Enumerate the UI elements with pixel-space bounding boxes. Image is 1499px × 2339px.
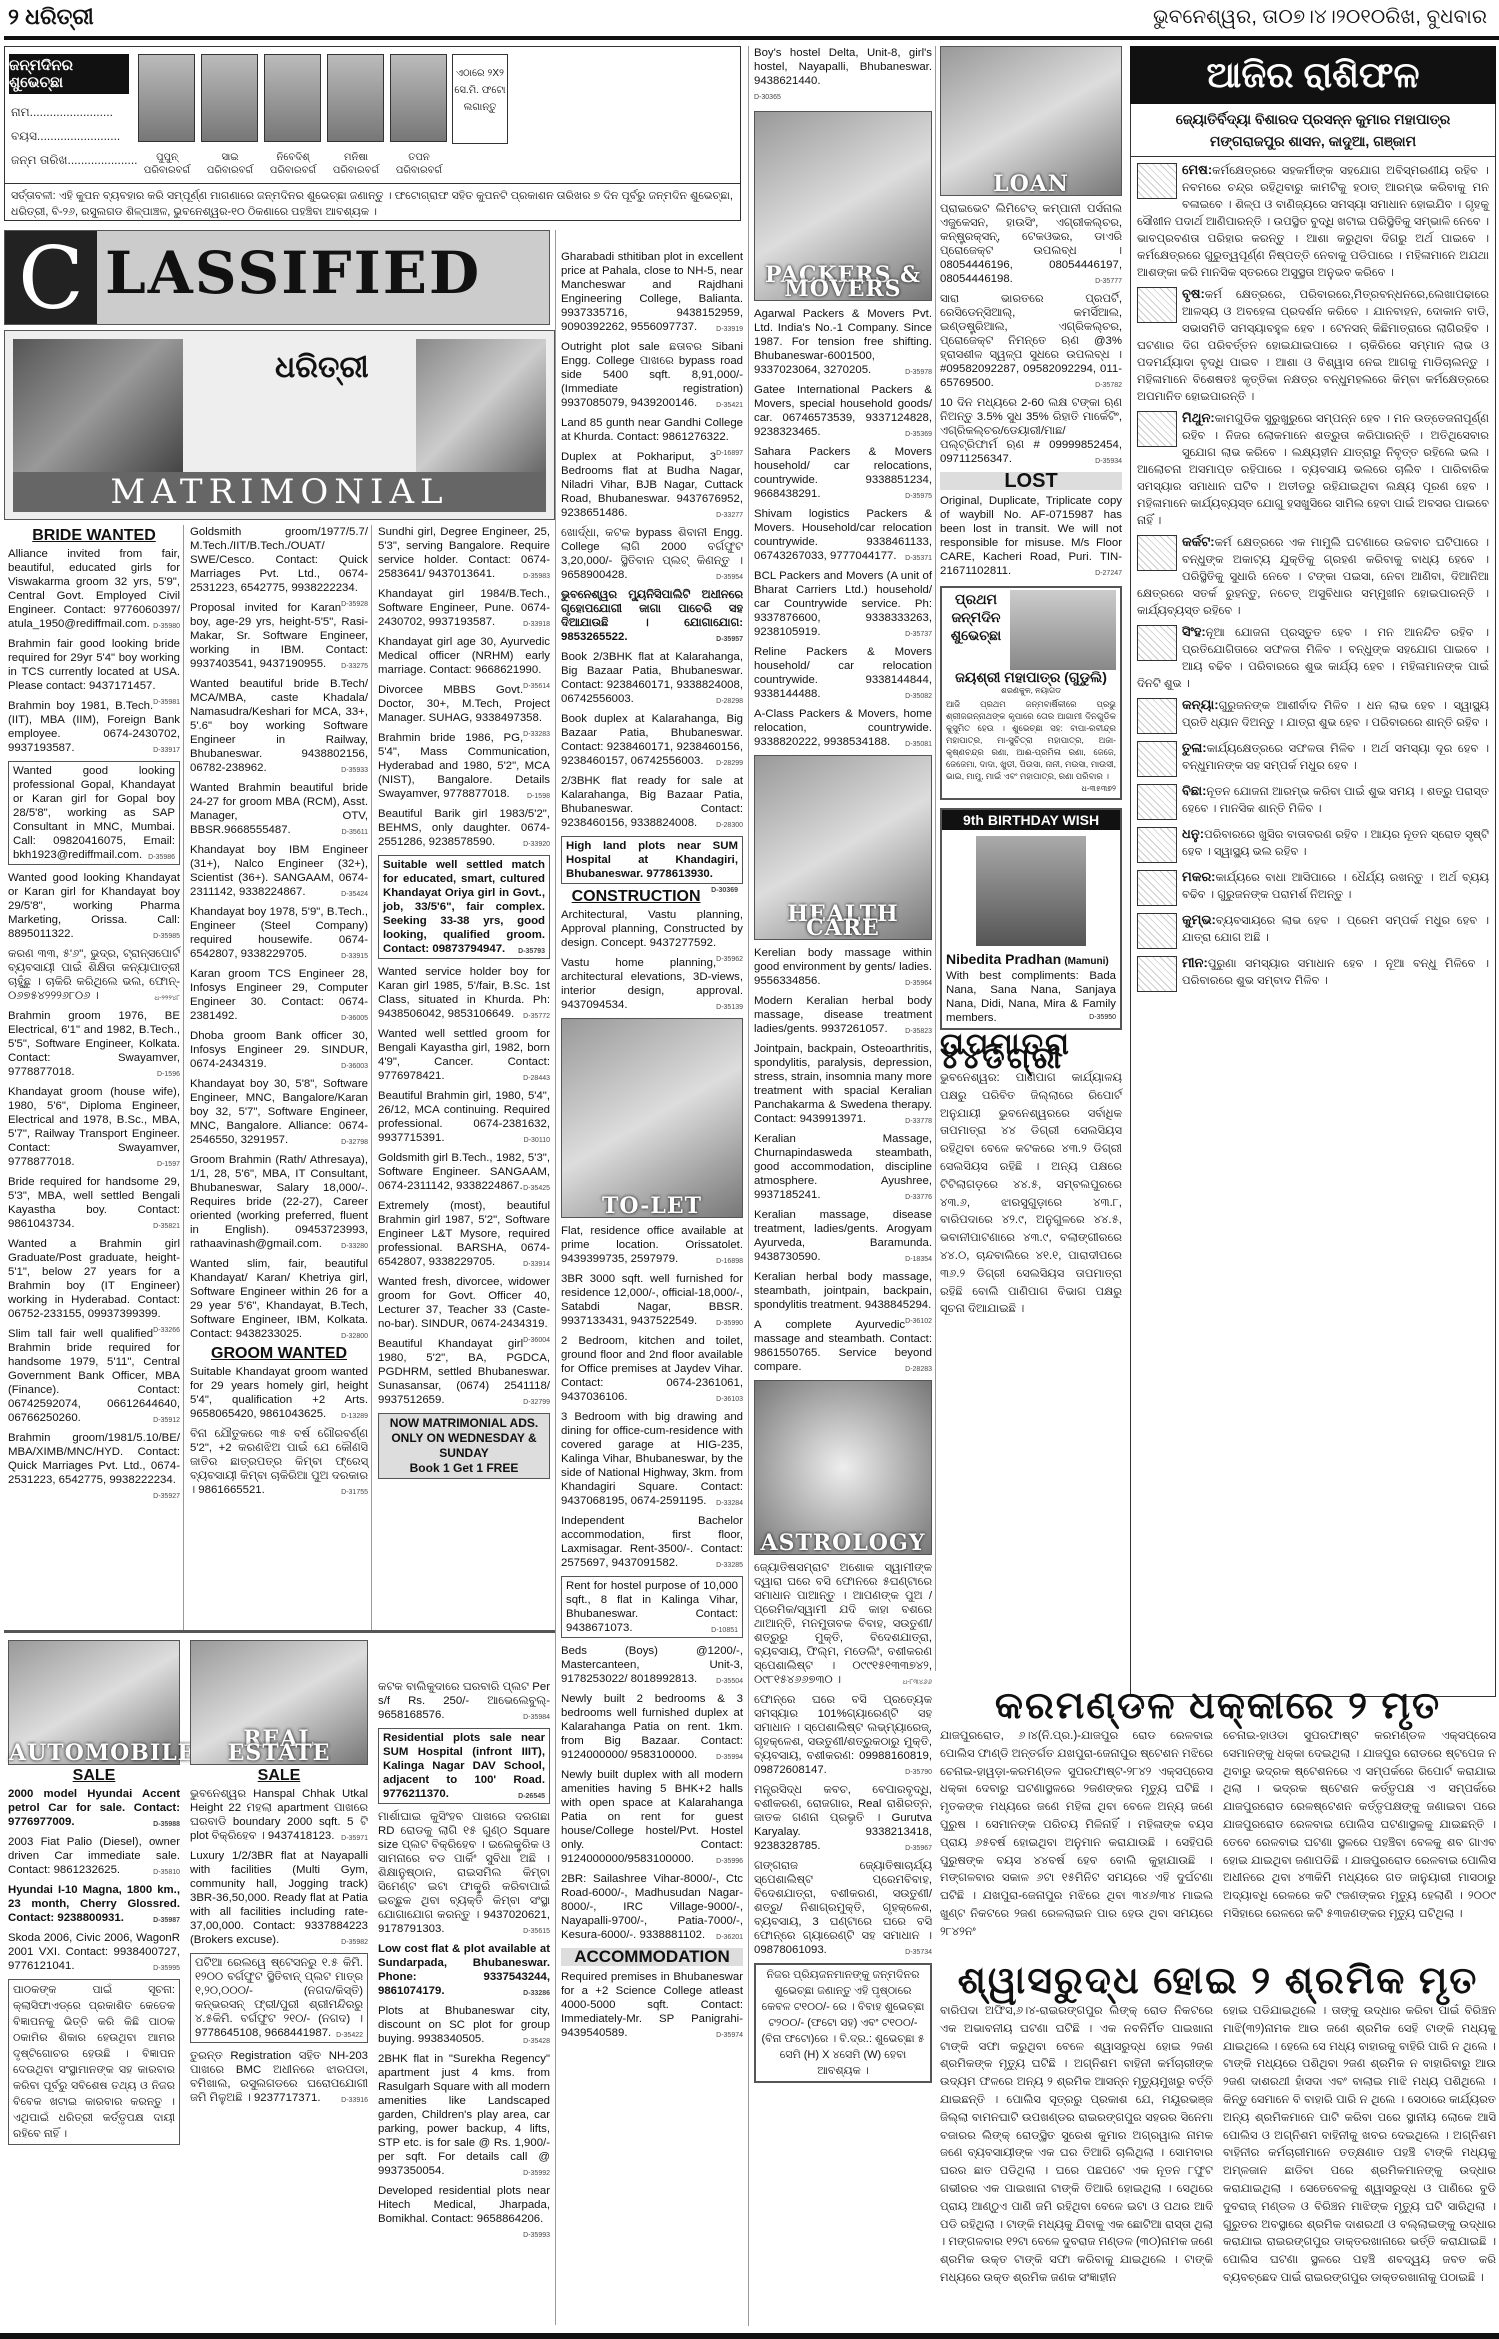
zodiac-icon [1137,827,1177,863]
horoscope-sign: ବୃଷ:କର୍ମ କ୍ଷେତ୍ରରେ, ପରିବାରରେ,ମିତ୍ରବନ୍ଧନର… [1137,285,1489,406]
classified-ad: Plots at Bhubaneswar city, discount on S… [378,2004,550,2046]
horoscope-sign: ଧନୁ:ପରିବାରରେ ଖୁସିର ବାତାବରଣ ରହିବ । ଆୟର ନୂ… [1137,825,1489,865]
classified-ad: ସାରା ଭାରତରେ ପ୍ରପର୍ଟି, ରେସିଡେନ୍ସିଆଲ୍, କମର… [940,292,1122,390]
promo-text: NOW MATRIMONIAL ADS. ONLY ON WEDNESDAY &… [383,1416,545,1461]
column-rule [371,525,372,1630]
ad-code: D-35912 [153,1414,180,1428]
classified-ad: Brahmin fair good looking bride required… [8,637,180,693]
section-heading: ACCOMMODATION [561,1948,743,1966]
ad-code: D-35504 [716,1675,743,1689]
zodiac-icon [1137,913,1177,949]
ad-code: D-10851 [711,1624,738,1638]
ad-code: D-35957 [716,633,743,647]
ad-code: D-28298 [716,695,743,709]
loan-image: LOAN [940,46,1122,196]
classified-ad: ତୁରନ୍ତ Registration ସହିତ NH-203 ପାଖରେ BM… [190,2049,368,2105]
ad-code: D-35139 [716,1001,743,1015]
classified-ad: Agarwal Packers & Movers Pvt. Ltd. India… [754,307,932,377]
ad-code: D-35995 [153,1962,180,1976]
astrology-image: ASTROLOGY [754,1380,932,1555]
column-rule [183,525,184,1630]
ad-code: ଧ-୩୫୩୭୨ [946,782,1116,796]
section-heading: BRIDE WANTED [8,529,180,543]
zodiac-icon [1137,411,1177,447]
classified-ad: Wanted good looking Khandayat or Karan g… [8,871,180,941]
ad-code: D-33280 [341,1240,368,1254]
classified-ad: Khandayat groom (house wife), 1980, 5'6"… [8,1085,180,1169]
classified-ad: କଟକ ବାଲିକୁଦାରେ ଘରବାରି ପ୍ଲଟ Per s/f Rs. 2… [378,1680,550,1722]
ad-code: D-35978 [905,366,932,380]
ad-code: D-35933 [341,764,368,778]
classified-ad: Book 2/3BHK flat at Kalarahanga, Big Baz… [561,650,743,706]
ad-code: D-35777 [1095,275,1122,289]
ad-code: D-35790 [905,1766,932,1780]
child-photo [264,54,321,142]
horoscope-sign: ମେଷ:କର୍ମକ୍ଷେତ୍ରରେ ସହକର୍ମୀଙ୍କ ସହଯୋଗ ଅବିସ୍… [1137,161,1489,282]
classified-ad: Keralian massage, disease treatment, lad… [754,1208,932,1264]
ad-code: D-33915 [341,950,368,964]
classified-ad: ଭୁବନେଶ୍ୱର ମ୍ୟୁନିସିପାଲିଟି ଅଧୀନରେ ଗୃହୋପଯୋଗ… [561,588,743,644]
classified-ad: Newly built duplex with all modern ameni… [561,1768,743,1866]
classified-ad: Architectural, Vastu planning, Approval … [561,908,743,950]
zodiac-icon [1137,287,1177,323]
ad-code: D-33916 [341,2094,368,2108]
classified-ad: Extremely (most), beautiful Brahmin girl… [378,1199,550,1269]
horoscope-sign: ତୁଳା:କାର୍ଯ୍ୟକ୍ଷେତ୍ରରେ ସଫଳତା ମିଳିବ । ଅର୍ଥ… [1137,739,1489,779]
classified-ad: Independent Bachelor accommodation, firs… [561,1514,743,1570]
ad-code: D-32800 [341,1330,368,1344]
bride-photo [416,339,546,472]
ad-code: D-35823 [905,1025,932,1039]
classified-ad: 3BR 3000 sqft. well furnished for reside… [561,1272,743,1328]
ad-code: D-35782 [1095,379,1122,393]
ad-code: D-35081 [905,738,932,752]
classified-banner: C LASSIFIED [4,230,550,325]
ad-code: D-35954 [716,571,743,585]
classified-ad: Skoda 2006, Civic 2006, WagonR 2001 VXI.… [8,1931,180,1973]
first-birthday-ad: ପ୍ରଥମ ଜନ୍ମଦିନ ଶୁଭେଚ୍ଛା ଜୟଶ୍ରୀ ମହାପାତ୍ର (… [940,586,1122,800]
horoscope-sign: ମିଥୁନ:କାମଗୁଡିକ ସୁରୁଖୁରୁରେ ସମ୍ପନ୍ନ ହେବ । … [1137,409,1489,530]
ad-code: D-30110 [524,1134,550,1148]
packers-movers-image: PACKERS & MOVERS [754,111,932,301]
news-body: ଯାଜପୁରରୋଡ, ୬।୪(ନି.ପ୍ର.)-ଯାଜପୁର ରୋଡ ରେଳବା… [940,1728,1213,1942]
classified-ad: Wanted fresh, divorcee, widower groom fo… [378,1275,550,1331]
classified-ad: Brahmin groom 1976, BE Electrical, 6'1" … [8,1009,180,1079]
ad-code: D-31755 [341,1486,368,1500]
ad-code: D-36005 [341,1012,368,1026]
dob-field: ଜନ୍ମ ତାରିଖ..................... [11,153,138,168]
classified-ad: Wanted Brahmin beautiful bride 24-27 for… [190,781,368,837]
classified-ad: Beds (Boys) @1200/-, Mastercanteen, Unit… [561,1644,743,1686]
ad-code: D-35424 [341,888,368,902]
classified-ad: BCL Packers and Movers (A unit of Bharat… [754,569,932,639]
ad-code: D-33914 [523,1258,550,1272]
classified-ad: Suitable well settled match for educated… [378,855,550,959]
ad-code: D-35993 [523,2229,550,2243]
ad-code: D-35982 [341,1936,368,1950]
classified-ad: Kerelian body massage within good enviro… [754,946,932,988]
classified-ad: ମନ୍ତ୍ରସିଦ୍ଧ କବଚ, ବେପାରବୃଦ୍ଧି, ବଶୀକରଣ, ରୋ… [754,1783,932,1853]
classified-ad: ଫୋନ୍‌ରେ ଘରେ ବସି ପ୍ରତ୍ୟେକ ସମସ୍ୟାର 101%ଗ୍ୟ… [754,1693,932,1777]
ad-code: D-35975 [905,490,932,504]
horoscope-sign: କନ୍ୟା:ଗୁରୁଜନଙ୍କ ଆଶୀର୍ବାଦ ମିଳିବ । ଧନ ଲାଭ … [1137,696,1489,736]
classified-ad: Original, Duplicate, Triplicate copy of … [940,494,1122,578]
classified-ad: Flat, residence office available at prim… [561,1224,743,1266]
classified-ad: ପ୍ରାଇଭେଟ ଲିମିଟେଡ୍ କମ୍ପାନୀ ପର୍ସନାଲ ଏଜୁକେସ… [940,202,1122,286]
to-let-image: TO-LET [561,1018,743,1218]
baby-photo [1010,590,1116,670]
news-body: ଚେନାଇ-ହାଓଡା ସୁପରଫାଷ୍ଟ କରମଣ୍ଡଳ ଏକ୍ସପ୍ରେସ … [1223,1728,1496,1942]
zodiac-icon [1137,698,1177,734]
classified-ad: ଜ୍ୟୋତିଷସମ୍ରାଟ ଅଶୋକ ସ୍ୱାମୀଙ୍କ ଦ୍ୱାରା ଘରେ … [754,1561,932,1687]
ad-code: D-35996 [716,1855,743,1869]
ad-code: D-35980 [153,620,180,634]
classified-ad: Jointpain, backpain, Osteoarthritis, spo… [754,1042,932,1126]
dateline: ଭୁବନେଶ୍ୱର, ତା୦୭।୪।୨୦୧୦ରିଖ, ବୁଧବାର [1153,6,1487,29]
classified-ad: Shivam logistics Packers & Movers. House… [754,507,932,563]
classified-ad: Alliance invited from fair, beautiful, e… [8,547,180,631]
news-body: ବାରିପଦା ଅଫିସ,୬।୪-ରାଇରଙ୍ଗପୁର ଲିଙ୍କ୍ ରୋଡ ନ… [940,2003,1213,2288]
classified-ad: Modern Keralian herbal body massage, dis… [754,994,932,1036]
bride-wanted-column: BRIDE WANTED Alliance invited from fair,… [8,525,180,1504]
classified-ad: 2BHK flat in "Surekha Regency" apartment… [378,2052,550,2178]
zodiac-icon [1137,870,1177,906]
classified-ad: Keralian Massage, Churnapindasweda steam… [754,1132,932,1202]
ad-code: D-35971 [341,1832,368,1846]
matrimonial-title: MATRIMONIAL [13,472,546,512]
dharitri-logo: ଧରିତ୍ରୀ [275,351,369,385]
baby-name: ଜୟଶ୍ରୀ ମହାପାତ୍ର (ଗୁଡୁଲି) [946,670,1116,684]
ad-code: D-18354 [905,1253,932,1267]
ad-code: D-35611 [342,826,368,840]
place: ଶରଣକୁଳ, ନୟାଗଡ [946,684,1116,698]
child-photo [201,54,258,142]
horoscope-sign: ସିଂହ:ନୂଆ ଯୋଜନା ପ୍ରସ୍ତୁତ ହେବ । ମନ ଆନନ୍ଦିତ… [1137,623,1489,693]
classified-ad: Wanted a Brahmin girl Graduate/Post grad… [8,1237,180,1321]
ad-code: D-36003 [341,1060,368,1074]
ad-code: D-35987 [153,1914,180,1928]
classified-ad: Suitable Khandayat groom wanted for 29 y… [190,1365,368,1421]
ad-code: D-28443 [523,1072,550,1086]
ad-code: D-36102 [905,1315,932,1329]
horoscope-body: ମେଷ:କର୍ମକ୍ଷେତ୍ରରେ ସହକର୍ମୀଙ୍କ ସହଯୋଗ ଅବିସ୍… [1130,157,1496,1697]
section-rule [4,1630,555,1633]
promo-offer: Book 1 Get 1 FREE [383,1461,545,1476]
classified-ad: Wanted service holder boy for Karan girl… [378,965,550,1021]
classified-ad: Khandayat girl age 30, Ayurvedic Medical… [378,635,550,677]
column-rule [935,46,936,1671]
zodiac-icon [1137,625,1177,661]
matrimonial-column-2: Goldsmith groom/1977/5.7/ M.Tech./IIT/B.… [190,525,368,1503]
automobile-column: AUTOMOBILE SALE 2000 model Hyundai Accen… [8,1640,180,2145]
ad-code: D-35988 [153,1818,180,1832]
real-estate-image: REAL ESTATE [190,1640,368,1765]
birthday-coupon: ଜନ୍ମଦିନର ଶୁଭେଚ୍ଛା ନାମ...................… [4,46,741,221]
coupon-title: ଜନ୍ମଦିନର ଶୁଭେଚ୍ଛା [9,54,129,94]
ad-code: D-36201 [716,1931,743,1945]
classified-ad: କରଣ ୩୩, ୫'୬", ଭୁଦ୍ର, ଟ୍ରାନ୍ସପୋର୍ଟ ବ୍ୟବସା… [8,947,180,1003]
coupon-terms: ସର୍ତ୍ତାବଳୀ: ଏହି କୁପନ ବ୍ୟବହାର କରି ସମ୍ପୂର୍… [5,183,740,224]
ad-code: D-16897 [716,447,743,461]
classified-ad: A-Class Packers & Movers, home relocatio… [754,707,932,749]
classified-ad: ଖୋର୍ଦ୍ଧା, କଟକ bypass ଶିବାନୀ Engg. Colleg… [561,526,743,582]
ad-code: D-35927 [153,1490,180,1504]
ad-code: D-35981 [153,696,180,710]
ad-code: D-35614 [523,680,550,694]
classified-ad: Duplex at Pokhariput, 3 Bedrooms flat at… [561,450,743,520]
child-photo [138,54,195,142]
classified-ad: Hyundai I-10 Magna, 1800 km., 23 month, … [8,1883,180,1925]
classified-ad: Beautiful Brahmin girl, 1980, 5'4", 26/1… [378,1089,550,1145]
classified-initial: C [5,231,97,325]
zodiac-icon [1137,956,1177,992]
birthday-rates-box: ନିଜର ପ୍ରିୟଜନମାନଙ୍କୁ ଜନ୍ମଦିନର ଶୁଭେଚ୍ଛା ଜଣ… [754,1963,932,2083]
ad-code: D-35986 [148,851,175,865]
ad-code: D-33283 [523,728,550,742]
classified-ad: ମାର୍ଶାଘାଇ କୁସିଂହବ ପାଖରେ ଦରଗଛା RD ରୋଡକୁ ଲ… [378,1810,550,1936]
classified-ad: Residential plots sale near SUM Hospital… [378,1728,550,1804]
classified-ad: 2 Bedroom, kitchen and toilet, ground fl… [561,1334,743,1404]
column-rule [555,230,556,2325]
ad-code: ଧ-୮୩୪୬୬ [902,1676,932,1690]
ad-code: D-33920 [523,838,550,852]
ad-code: D-35428 [523,2035,550,2049]
child-photo [327,54,384,142]
classified-ad: Required premises in Bhubaneswar for a +… [561,1970,743,2040]
zodiac-icon [1137,784,1177,820]
page-number-masthead: ୨ ଧରିତ୍ରୀ [8,4,94,30]
classified-ad: Sahara Packers & Movers household/ car r… [754,445,932,501]
classified-ad: ପଟିଆ ରେଲୱେ ଷ୍ଟେସନରୁ ୧.୫ କିମି. ୧୨୦୦ ବର୍ଗଫ… [190,1953,368,2043]
section-heading: SALE [8,1769,180,1783]
classified-ad: 2003 Fiat Palio (Diesel), owner driven C… [8,1835,180,1877]
classified-ad: Developed residential plots near Hitech … [378,2184,550,2226]
classified-ad: Dhoba groom Bank officer 30, Infosys Eng… [190,1029,368,1071]
classified-ad: Rent for hostel purpose of 10,000 sqft.,… [561,1576,743,1638]
classified-ad: 3 Bedroom with big drawing and dining fo… [561,1410,743,1508]
ad-code: D-33285 [716,1559,743,1573]
horoscope-sign: କୁମ୍ଭ:ବ୍ୟବସାୟରେ ଲାଭ ହେବ । ପ୍ରେମ ସମ୍ପର୍କ … [1137,911,1489,951]
ad-code: D-1597 [157,1158,180,1172]
ad-code: D-35421 [716,399,743,413]
classified-ad: Wanted slim, fair, beautiful Khandayat/ … [190,1257,368,1341]
horoscope-sign: କର୍କଟ:କର୍ମ କ୍ଷେତ୍ରରେ ଏକ ମାମୁଲି ଘଟଣାରେ ଉଚ… [1137,533,1489,620]
section-heading: SALE [190,1769,368,1783]
ad-code: D-35821 [153,1220,180,1234]
wish-message: ଆଜି ପ୍ରଥମ ଜନ୍ମବାର୍ଷିକୀରେ ପ୍ରଭୁ ଶ୍ରୀଜଗନ୍ନ… [946,698,1116,782]
matrimonial-banner: ଧରିତ୍ରୀ MATRIMONIAL [4,330,555,520]
news-headline: ଶ୍ୱାସରୁଦ୍ଧ ହୋଇ ୨ ଶ୍ରମିକ ମୃତ [940,1960,1496,2003]
classified-ad: Khandayat boy 1978, 5'9", B.Tech., Engin… [190,905,368,961]
ad-code: D-35737 [905,628,932,642]
classified-ad: Wanted good looking professional Gopal, … [8,761,180,865]
ad-code: D-13289 [341,1410,368,1424]
services-column: Boy's hostel Delta, Unit-8, girl's hoste… [754,46,932,2083]
ad-code: D-1598 [527,790,550,804]
child-name: Nibedita Pradhan [946,951,1061,967]
classified-ad: Land 85 gunth near Gandhi College at Khu… [561,416,743,444]
ad-code: D-28283 [905,1363,932,1377]
ad-code: D-28299 [716,757,743,771]
ad-code: D-33917 [153,744,180,758]
astrologer-credit: ଜ୍ୟୋତିର୍ବିଦ୍ୟା ବିଶାରଦ ପ୍ରସନ୍ନ କୁମାର ମହାପ… [1130,104,1496,157]
ad-code: D-1596 [157,1068,180,1082]
classified-ad: Keralian herbal body massage, steambath,… [754,1270,932,1312]
horoscope-sign: ମକର:କାର୍ଯ୍ୟରେ ବାଧା ଆସିପାରେ । ଧୈର୍ଯ୍ୟ ରଖନ… [1137,868,1489,908]
first-birthday-title: ପ୍ରଥମ ଜନ୍ମଦିନ ଶୁଭେଚ୍ଛା [946,590,1006,670]
age-field: ବୟସ......................... [11,129,120,144]
classified-ad: Outright plot sale ଛତାବର Sibani Engg. Co… [561,340,743,410]
ad-code: D-35967 [905,1842,932,1856]
ad-code: D-30369 [711,884,738,898]
ad-code: D-32798 [341,1136,368,1150]
zodiac-icon [1137,535,1177,571]
classified-ad: Brahmin groom/1981/5.10/BE/ MBA/XIMB/MNC… [8,1431,180,1487]
name-field: ନାମ......................... [11,105,113,120]
ad-code: D-35425 [523,1182,550,1196]
section-heading: GROOM WANTED [190,1347,368,1361]
classified-ad: ବିନା ଯୌତୁକରେ ୩୫ ବର୍ଷ ଗୌରବର୍ଣ୍ଣ 5'2", +2 … [190,1427,368,1497]
ad-code: ଧ-୨୨୨୪୮ [154,992,180,1006]
ad-code: D-26545 [518,1790,545,1804]
ad-code: D-35734 [905,1946,932,1960]
classified-ad: 2/3BHK flat ready for sale at Kalarahang… [561,774,743,830]
ad-code: D-35615 [523,1925,550,1939]
ad-code: D-35985 [153,930,180,944]
classified-ad: Beautiful Barik girl 1983/5'2", BEHMS, o… [378,807,550,849]
child-photo [390,54,447,142]
real-estate-column-2: କଟକ ବାଲିକୁଦାରେ ଘରବାରି ପ୍ଲଟ Per s/f Rs. 2… [378,1680,550,2243]
classified-ad: Gatee International Packers & Movers, sp… [754,383,932,439]
footer-rule [0,2333,1499,2339]
ad-code: D-33919 [716,323,743,337]
ad-code: D-35983 [523,570,550,584]
nickname: (Mamuni) [1064,956,1108,967]
ad-code: D-28300 [716,819,743,833]
zodiac-icon [1137,741,1177,777]
news-story-1: କରମଣ୍ଡଳ ଧକ୍କାରେ ୨ ମୃତ ଯାଜପୁରରୋଡ, ୬।୪(ନି.… [940,1685,1496,1942]
classified-ad: Goldsmith girl B.Tech., 1982, 5'3", Soft… [378,1151,550,1193]
temperature-story: ଭୁବନେଶ୍ୱର: ପାଣିପାଗ କାର୍ଯ୍ୟାଳୟ ପକ୍ଷରୁ ପରି… [940,1070,1122,1319]
ad-code: D-36004 [523,1334,550,1348]
classified-ad: Goldsmith groom/1977/5.7/ M.Tech./IIT/B.… [190,525,368,595]
ad-code: D-35793 [518,945,545,959]
temperature-headline: ତାପମାତ୍ରା ୪୪ଡିଗ୍ରୀ [940,1038,1122,1066]
ad-code: D-35974 [716,2029,743,2043]
horoscope-sign: ମୀନ:ପୁରୁଣା ସମସ୍ୟାର ସମାଧାନ ହେବ । ନୂଆ ବନ୍ଧ… [1137,954,1489,994]
classified-ad: Newly built 2 bedrooms & 3 bedrooms well… [561,1692,743,1762]
classified-ad: Slim tall fair well qualified Brahmin br… [8,1327,180,1425]
classified-ad: Sundhi girl, Degree Engineer, 25, 5'3", … [378,525,550,581]
health-care-image: HEALTH CARE [754,755,932,940]
horoscope-section: ଆଜିର ରାଶିଫଳ ଜ୍ୟୋତିର୍ବିଦ୍ୟା ବିଶାରଦ ପ୍ରସନ୍… [1130,46,1496,1686]
child-photo [976,836,1086,946]
ad-code: D-32799 [523,1396,550,1410]
ad-code: D-36103 [716,1393,743,1407]
classified-title: LASSIFIED [105,239,481,307]
ad-code: D-35082 [905,690,932,704]
ninth-birthday-title: 9th BIRTHDAY WISH [942,810,1120,830]
classified-ad: 10 ଦିନ ମଧ୍ୟରେ 2-60 ଲକ୍ଷ ଟଙ୍କା ଋଣ ନିଅନ୍ତୁ… [940,396,1122,466]
ad-code: D-35928 [341,598,368,612]
reader-notice: ପାଠକଙ୍କ ପାଇଁ ସୂଚନା: କ୍ଲାସିଫାଏଡ୍‌ରେ ପ୍ରକା… [8,1979,180,2145]
horoscope-title: ଆଜିର ରାଶିଫଳ [1130,46,1496,104]
ad-code: D-33277 [716,509,743,523]
ad-code: D-35810 [153,1866,180,1880]
classified-ad: High land plots near SUM Hospital at Kha… [561,836,743,884]
photo-placeholder: ଏଠାରେ ୨X୨ ସେ.ମି. ଫଟୋ ଲଗାନ୍ତୁ [452,54,508,144]
ad-code: D-35984 [523,1711,550,1725]
classified-ad: ଭୁବନେଶ୍ୱର Hanspal Chhak Utkal Height 22 … [190,1787,368,1843]
classified-ad: Vastu home planning, architectural eleva… [561,956,743,1012]
loan-lost-column: LOAN ପ୍ରାଇଭେଟ ଲିମିଟେଡ୍ କମ୍ପାନୀ ପର୍ସନାଲ ଏ… [940,46,1122,1319]
ad-code: D-35990 [716,1317,743,1331]
classified-ad: Wanted well settled groom for Bengali Ka… [378,1027,550,1083]
matrimonial-column-3: Sundhi girl, Degree Engineer, 25, 5'3", … [378,525,550,1479]
classified-ad: Karan groom TCS Engineer 28, Infosys Eng… [190,967,368,1023]
classified-ad: Gharabadi sthitiban plot in excellent pr… [561,250,743,334]
ad-code: D-35772 [523,1010,550,1024]
ad-code: D-33286 [523,1987,550,2001]
ad-code: D-35964 [905,977,932,991]
news-headline: କରମଣ୍ଡଳ ଧକ୍କାରେ ୨ ମୃତ [940,1685,1496,1728]
classified-ad: Book duplex at Kalarahanga, Big Bazaar P… [561,712,743,768]
automobile-image: AUTOMOBILE [8,1640,180,1765]
classified-ad: Low cost flat & plot available at Sundar… [378,1942,550,1998]
classified-ad: Reline Packers & Movers household/ car r… [754,645,932,701]
classified-ad: 2BR: Sailashree Vihar-8000/-, Ctc Road-6… [561,1872,743,1942]
classified-ad: Groom Brahmin (Rath/ Athresaya), 1/1, 28… [190,1153,368,1251]
ad-code: D-35371 [905,552,932,566]
ninth-birthday-ad: 9th BIRTHDAY WISH Nibedita Pradhan (Mamu… [940,808,1122,1030]
news-body: ହୋଇ ପଡିଯାଇଥିଲେ । ତାଙ୍କୁ ଉଦ୍ଧାର କରିବା ପାଇ… [1223,2003,1496,2288]
wedding-photo [13,339,183,472]
ad-code: D-35369 [905,428,932,442]
ad-code: D-33776 [905,1191,932,1205]
classified-ad: Khandayat boy IBM Engineer (31+), Nalco … [190,843,368,899]
ad-code: D-35422 [336,2029,363,2043]
ad-code: D-33778 [905,1115,932,1129]
ad-code: D-35962 [716,953,743,967]
classified-ad: Bride required for handsome 29, 5'3", MB… [8,1175,180,1231]
ad-code: D-33266 [153,1324,180,1338]
classified-ad: Boy's hostel Delta, Unit-8, girl's hoste… [754,46,932,105]
classified-ad: Khandayat girl 1984/B.Tech., Software En… [378,587,550,629]
real-estate-column: REAL ESTATE SALE ଭୁବନେଶ୍ୱର Hanspal Chhak… [190,1640,368,2111]
zodiac-icon [1137,163,1177,199]
ad-code: D-35994 [716,1751,743,1765]
photo-caption: ତପନପରିବାରବର୍ଗ [379,151,459,177]
ad-code: D-33284 [716,1497,743,1511]
ad-code: D-35934 [1095,455,1122,469]
promo-box: NOW MATRIMONIAL ADS. ONLY ON WEDNESDAY &… [378,1413,550,1479]
news-story-2: ଶ୍ୱାସରୁଦ୍ଧ ହୋଇ ୨ ଶ୍ରମିକ ମୃତ ବାରିପଦା ଅଫିସ… [940,1960,1496,2288]
classified-ad: Wanted beautiful bride B.Tech/ MCA/MBA, … [190,677,368,775]
classified-ad: Khandayat boy 30, 5'8", Software Enginee… [190,1077,368,1147]
classified-ad: Luxury 1/2/3BR flat at Nayapalli with fa… [190,1849,368,1947]
classified-ad: 2000 model Hyundai Accent petrol Car for… [8,1787,180,1829]
section-heading: LOST [940,472,1122,490]
classified-ad: ଗଙ୍ଗରାଜ ଜ୍ୟୋତିଷାଚାର୍ଯ୍ୟ ସ୍ପେଶାଲିଷ୍ଟ ପ୍ରେ… [754,1859,932,1957]
wish-message: With best compliments: Bada Nana, Sana N… [942,969,1120,1028]
ad-code: D-33275 [341,660,368,674]
horoscope-sign: ବିଛା:ନୂତନ ଯୋଜନା ଆରମ୍ଭ କରିବା ପାଇଁ ଶୁଭ ସମୟ… [1137,782,1489,822]
column-rule [748,46,749,2326]
property-column: Gharabadi sthitiban plot in excellent pr… [561,250,743,2046]
ad-code: D-35992 [523,2167,550,2181]
ad-code: D-33918 [523,618,550,632]
header-rule [4,36,1499,40]
